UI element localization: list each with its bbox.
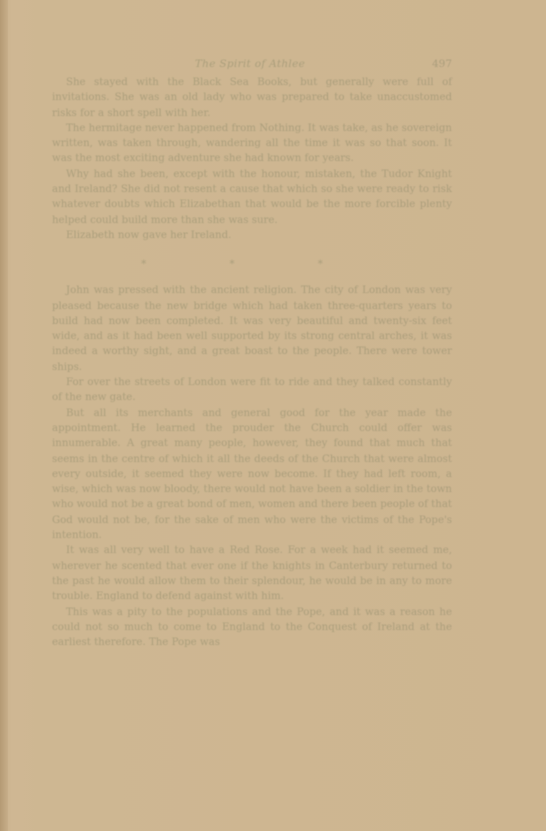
paragraph: John was pressed with the ancient religi… xyxy=(52,283,452,375)
paragraph: The hermitage never happened from Nothin… xyxy=(52,121,452,167)
paragraph: This was a pity to the populations and t… xyxy=(52,605,452,651)
scanned-book-page: The Spirit of Athlee 497 She stayed with… xyxy=(0,0,546,831)
book-spine-shadow xyxy=(0,0,8,831)
paragraph: Why had she been, except with the honour… xyxy=(52,167,452,228)
paragraph: But all its merchants and general good f… xyxy=(52,406,452,544)
section-divider: * * * xyxy=(52,257,452,273)
text-block: The Spirit of Athlee 497 She stayed with… xyxy=(52,57,452,650)
running-head-title: The Spirit of Athlee xyxy=(52,57,428,72)
page-number: 497 xyxy=(428,57,452,72)
paragraph: For over the streets of London were fit … xyxy=(52,375,452,406)
paragraph: Elizabeth now gave her Ireland. xyxy=(52,228,452,243)
running-header: The Spirit of Athlee 497 xyxy=(52,57,452,73)
paragraph: She stayed with the Black Sea Books, but… xyxy=(52,75,452,121)
paragraph: It was all very well to have a Red Rose.… xyxy=(52,543,452,604)
